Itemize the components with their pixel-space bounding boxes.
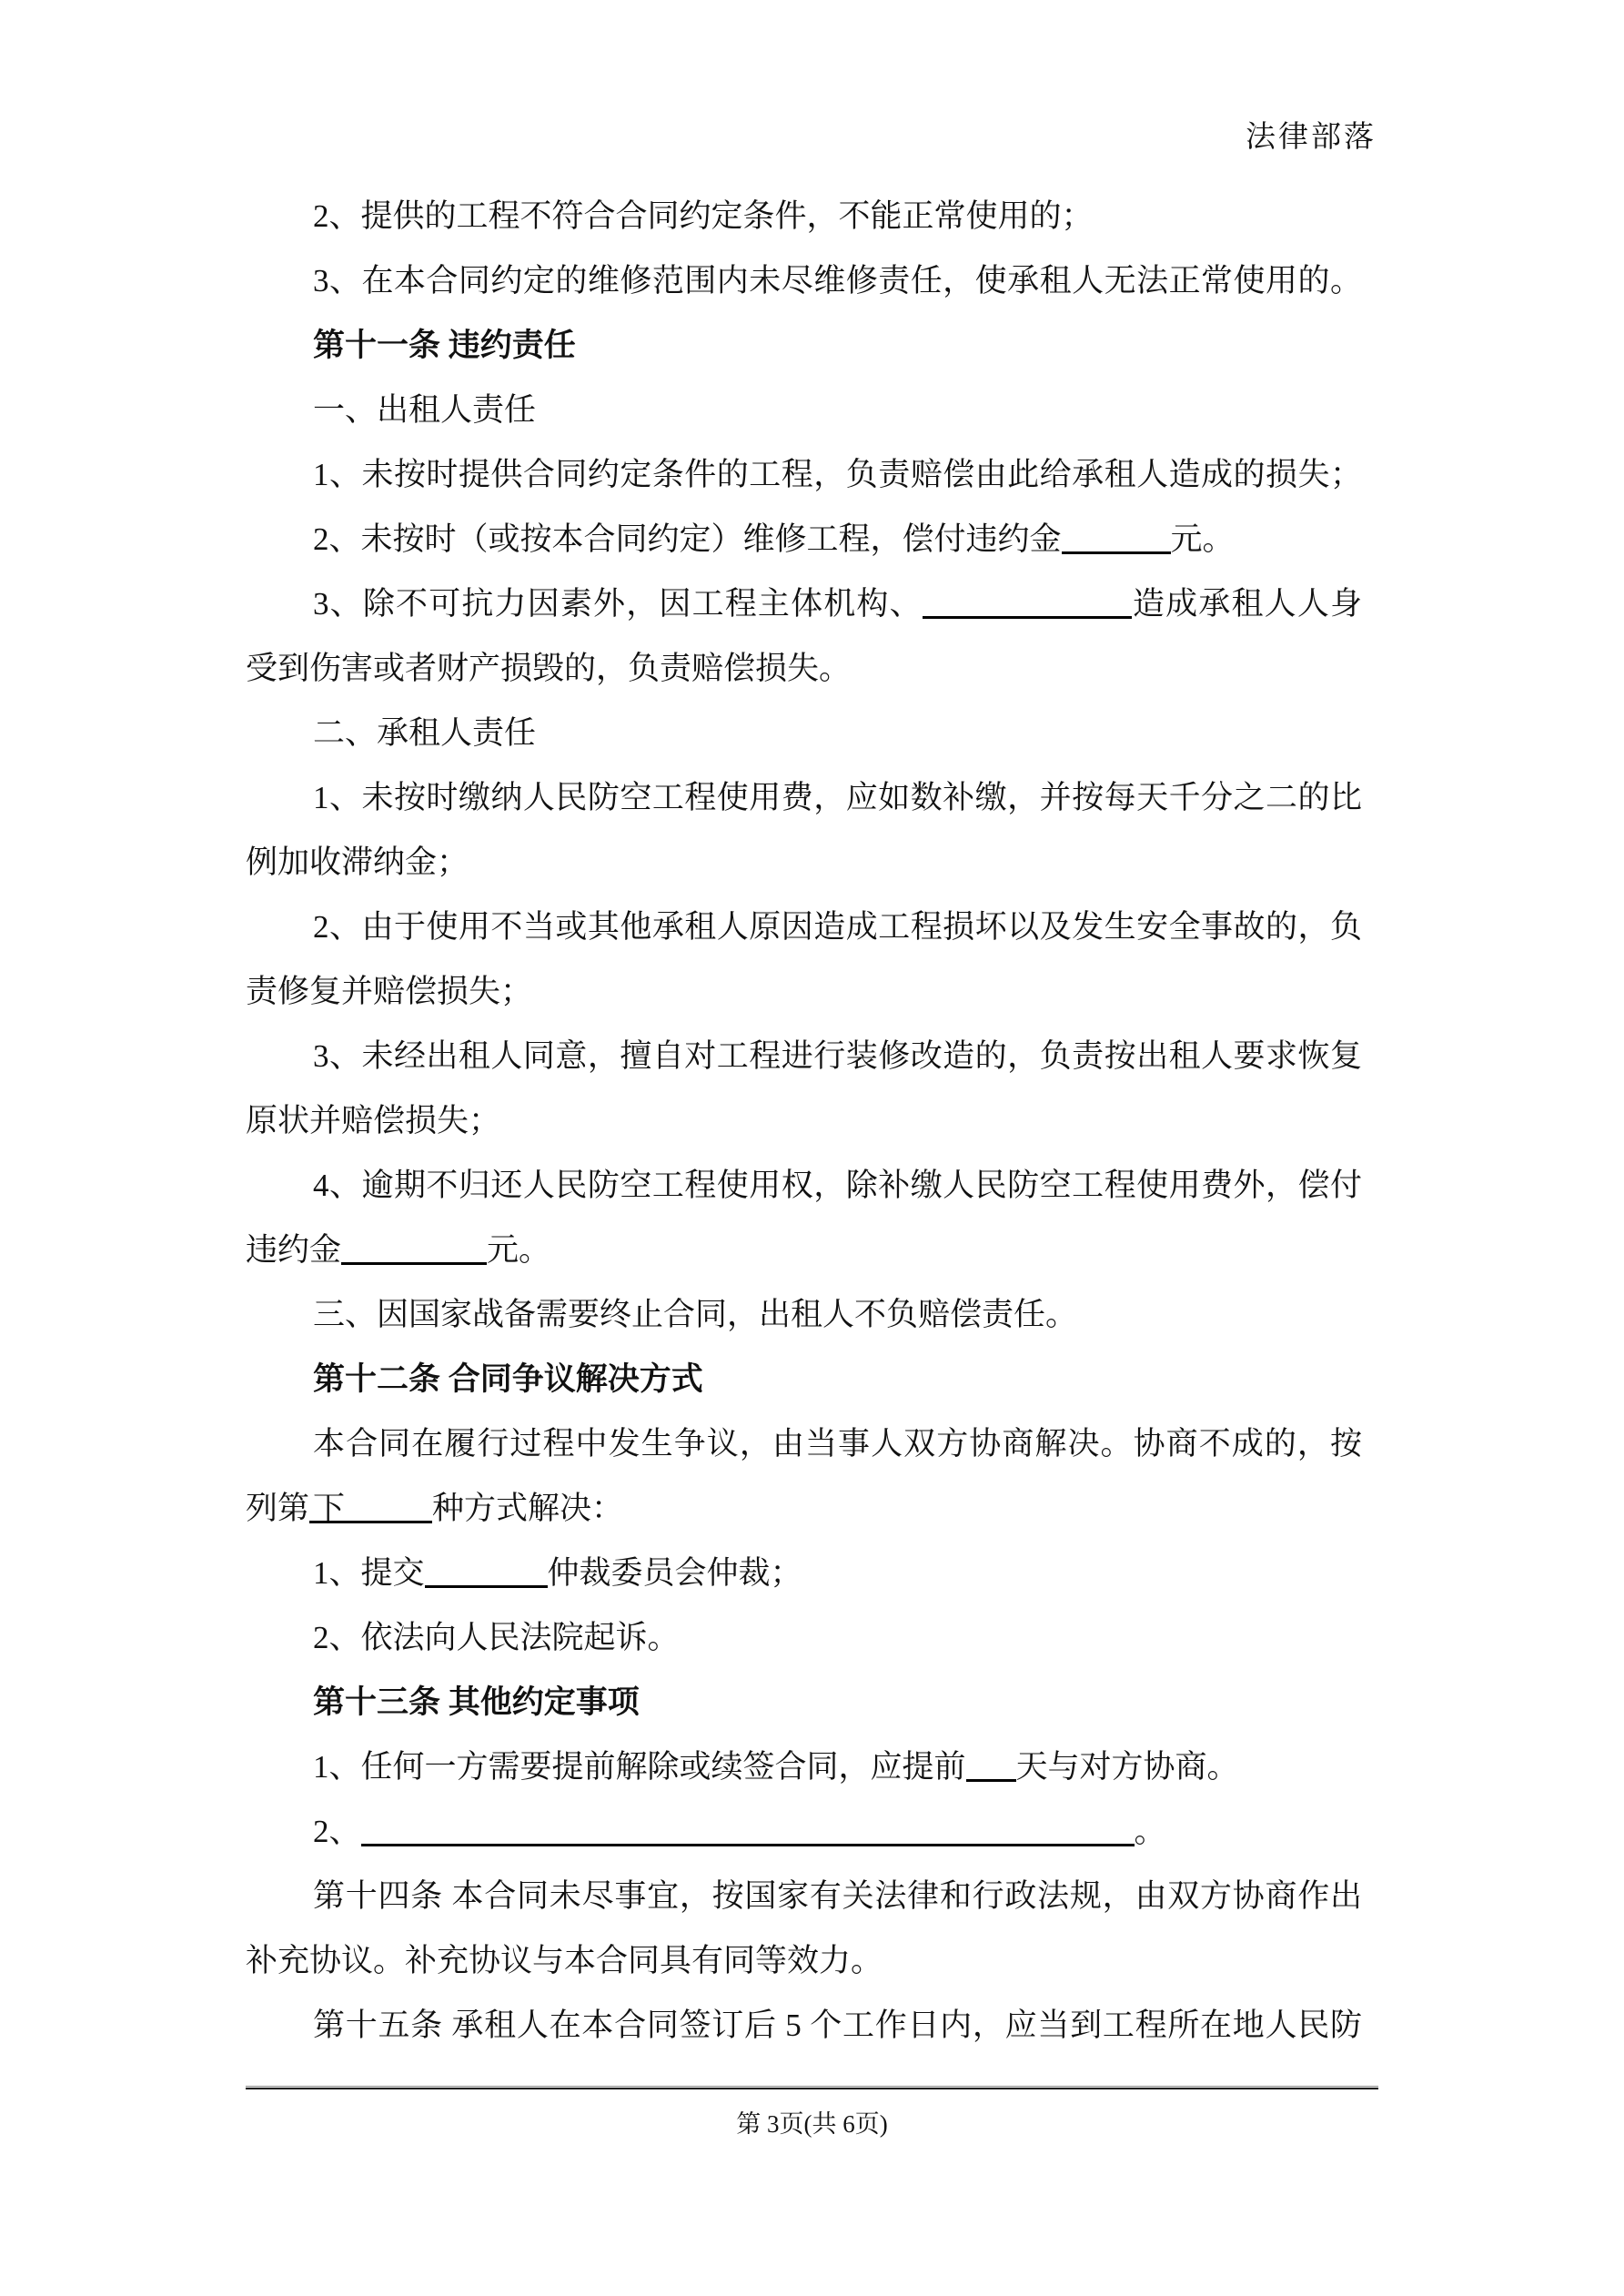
line-text: 责修复并赔偿损失； — [246, 974, 532, 1009]
line-text: 3、未经出租人同意，擅自对工程进行装修改造的，负责按出租人要求恢复 — [313, 1038, 1362, 1074]
blank-field — [1062, 524, 1171, 554]
document-line: 一、出租人责任 — [246, 378, 1362, 442]
line-text: 天与对方协商。 — [1016, 1749, 1239, 1785]
line-text: 2、 — [313, 1814, 361, 1849]
document-line: 3、未经出租人同意，擅自对工程进行装修改造的，负责按出租人要求恢复 — [246, 1024, 1362, 1088]
line-text: 第十一条 违约责任 — [313, 328, 576, 363]
line-text: 2、由于使用不当或其他承租人原因造成工程损坏以及发生安全事故的，负 — [313, 909, 1362, 945]
document-line: 1、未按时缴纳人民防空工程使用费，应如数补缴，并按每天千分之二的比 — [246, 765, 1362, 830]
document-line: 例加收滞纳金； — [246, 830, 1362, 895]
document-line: 第十五条 承租人在本合同签订后 5 个工作日内，应当到工程所在地人民防 — [246, 1993, 1362, 2058]
document-line: 1、任何一方需要提前解除或续签合同，应提前天与对方协商。 — [246, 1735, 1362, 1799]
line-text: 1、任何一方需要提前解除或续签合同，应提前 — [313, 1749, 966, 1785]
section-heading-line: 第十一条 违约责任 — [246, 313, 1362, 378]
blank-field — [361, 1816, 1135, 1846]
document-line: 1、提交仲裁委员会仲裁； — [246, 1541, 1362, 1605]
line-text: 2、未按时（或按本合同约定）维修工程，偿付违约金 — [313, 521, 1062, 557]
line-text: 补充协议。补充协议与本合同具有同等效力。 — [246, 1943, 883, 1978]
line-text: 第十三条 其他约定事项 — [313, 1684, 640, 1720]
line-text: 元。 — [1171, 521, 1235, 557]
document-line: 3、除不可抗力因素外，因工程主体机构、造成承租人人身 — [246, 571, 1362, 636]
document-line: 三、因国家战备需要终止合同，出租人不负赔偿责任。 — [246, 1282, 1362, 1347]
line-text: 2、依法向人民法院起诉。 — [313, 1620, 680, 1655]
line-text: 3、在本合同约定的维修范围内未尽维修责任，使承租人无法正常使用的。 — [313, 263, 1362, 298]
blank-field — [341, 1235, 487, 1265]
document-line: 2、由于使用不当或其他承租人原因造成工程损坏以及发生安全事故的，负 — [246, 895, 1362, 959]
line-text: 种方式解决： — [432, 1491, 623, 1526]
line-text: 1、未按时提供合同约定条件的工程，负责赔偿由此给承租人造成的损失； — [313, 457, 1362, 492]
document-line: 原状并赔偿损失； — [246, 1088, 1362, 1153]
document-line: 2、。 — [246, 1799, 1362, 1864]
document-line: 违约金元。 — [246, 1218, 1362, 1282]
section-heading-line: 第十二条 合同争议解决方式 — [246, 1347, 1362, 1411]
document-line: 列第种方式解决： — [246, 1476, 1362, 1541]
document-line: 责修复并赔偿损失； — [246, 959, 1362, 1024]
document-line: 2、依法向人民法院起诉。 — [246, 1605, 1362, 1670]
document-line: 本合同在履行过程中发生争议，由当事人双方协商解决。协商不成的，按下 — [246, 1411, 1362, 1476]
page-footer: 第 3页(共 6页) — [246, 2104, 1378, 2139]
blank-field — [923, 589, 1132, 619]
document-line: 受到伤害或者财产损毁的，负责赔偿损失。 — [246, 636, 1362, 701]
line-text: 受到伤害或者财产损毁的，负责赔偿损失。 — [246, 651, 851, 686]
document-line: 2、未按时（或按本合同约定）维修工程，偿付违约金元。 — [246, 507, 1362, 571]
document-line: 3、在本合同约定的维修范围内未尽维修责任，使承租人无法正常使用的。 — [246, 248, 1362, 313]
blank-field — [966, 1752, 1016, 1782]
line-text: 造成承租人人身 — [1132, 586, 1362, 622]
blank-field — [309, 1493, 432, 1523]
line-text: 列第 — [246, 1491, 309, 1526]
line-text: 违约金 — [246, 1232, 341, 1268]
document-line: 二、承租人责任 — [246, 701, 1362, 765]
document-body: 2、提供的工程不符合合同约定条件，不能正常使用的；3、在本合同约定的维修范围内未… — [246, 184, 1362, 2058]
page-number-label: 第 3页(共 6页) — [736, 2110, 887, 2138]
document-page: 法律部落 2、提供的工程不符合合同约定条件，不能正常使用的；3、在本合同约定的维… — [0, 0, 1624, 2296]
document-line: 4、逾期不归还人民防空工程使用权，除补缴人民防空工程使用费外，偿付 — [246, 1153, 1362, 1218]
document-line: 2、提供的工程不符合合同约定条件，不能正常使用的； — [246, 184, 1362, 248]
line-text: 4、逾期不归还人民防空工程使用权，除补缴人民防空工程使用费外，偿付 — [313, 1168, 1362, 1203]
document-line: 补充协议。补充协议与本合同具有同等效力。 — [246, 1928, 1362, 1993]
line-text: 二、承租人责任 — [313, 715, 536, 751]
section-heading-line: 第十三条 其他约定事项 — [246, 1670, 1362, 1735]
header-brand-label: 法律部落 — [1246, 113, 1377, 156]
blank-field — [425, 1558, 548, 1588]
line-text: 元。 — [487, 1232, 550, 1268]
line-text: 2、提供的工程不符合合同约定条件，不能正常使用的； — [313, 198, 1094, 234]
line-text: 一、出租人责任 — [313, 392, 536, 428]
line-text: 原状并赔偿损失； — [246, 1103, 500, 1138]
line-text: 3、除不可抗力因素外，因工程主体机构、 — [313, 586, 923, 622]
line-text: 第十五条 承租人在本合同签订后 5 个工作日内，应当到工程所在地人民防 — [313, 2008, 1362, 2043]
line-text: 三、因国家战备需要终止合同，出租人不负赔偿责任。 — [313, 1297, 1077, 1332]
document-line: 第十四条 本合同未尽事宜，按国家有关法律和行政法规，由双方协商作出 — [246, 1864, 1362, 1928]
line-text: 1、未按时缴纳人民防空工程使用费，应如数补缴，并按每天千分之二的比 — [313, 780, 1362, 815]
footer-rule — [246, 2086, 1378, 2089]
line-text: 例加收滞纳金； — [246, 845, 469, 880]
document-line: 1、未按时提供合同约定条件的工程，负责赔偿由此给承租人造成的损失； — [246, 442, 1362, 507]
line-text: 仲裁委员会仲裁； — [548, 1555, 802, 1591]
line-text: 。 — [1135, 1814, 1166, 1849]
line-text: 第十四条 本合同未尽事宜，按国家有关法律和行政法规，由双方协商作出 — [313, 1878, 1362, 1914]
line-text: 第十二条 合同争议解决方式 — [313, 1361, 703, 1397]
line-text: 1、提交 — [313, 1555, 425, 1591]
